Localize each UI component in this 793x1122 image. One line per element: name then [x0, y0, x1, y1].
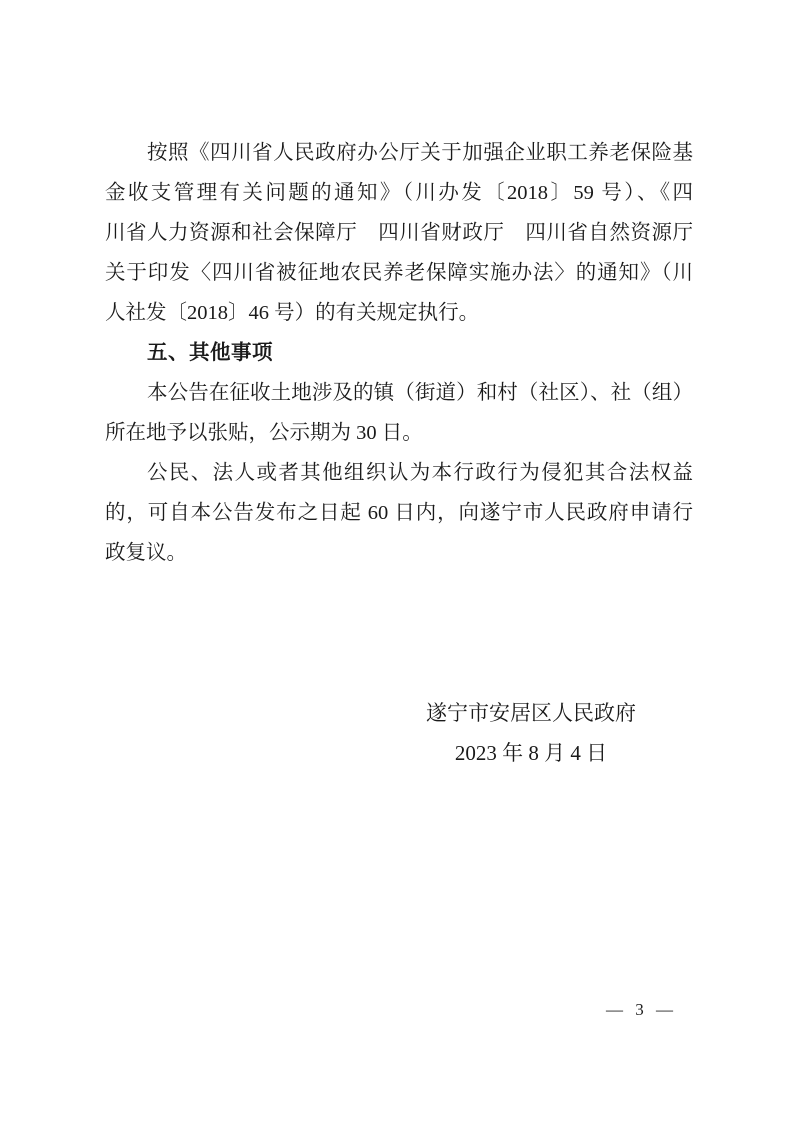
body-line: 人社发〔2018〕46 号）的有关规定执行。: [105, 293, 693, 333]
body-line: 的，可自本公告发布之日起 60 日内，向遂宁市人民政府申请行: [105, 493, 693, 533]
signature-issuer: 遂宁市安居区人民政府: [371, 693, 691, 733]
body-line: 本公告在征收土地涉及的镇（街道）和村（社区）、社（组）: [105, 373, 693, 413]
body-line: 金收支管理有关问题的通知》（川办发〔2018〕59 号）、《四: [105, 173, 693, 213]
signature-date: 2023 年 8 月 4 日: [371, 733, 691, 773]
body-line: 公民、法人或者其他组织认为本行政行为侵犯其合法权益: [105, 453, 693, 493]
signature-block: 遂宁市安居区人民政府 2023 年 8 月 4 日: [371, 693, 691, 773]
body-line: 关于印发〈四川省被征地农民养老保障实施办法〉的通知》（川: [105, 253, 693, 293]
document-body: 按照《四川省人民政府办公厅关于加强企业职工养老保险基 金收支管理有关问题的通知》…: [105, 133, 693, 573]
body-line: 所在地予以张贴，公示期为 30 日。: [105, 413, 693, 453]
body-line: 按照《四川省人民政府办公厅关于加强企业职工养老保险基: [105, 133, 693, 173]
body-line: 政复议。: [105, 533, 693, 573]
page-number: — 3 —: [606, 1000, 674, 1020]
document-page: 按照《四川省人民政府办公厅关于加强企业职工养老保险基 金收支管理有关问题的通知》…: [0, 0, 793, 1122]
body-line: 川省人力资源和社会保障厅 四川省财政厅 四川省自然资源厅: [105, 213, 693, 253]
section-heading: 五、其他事项: [105, 333, 693, 373]
